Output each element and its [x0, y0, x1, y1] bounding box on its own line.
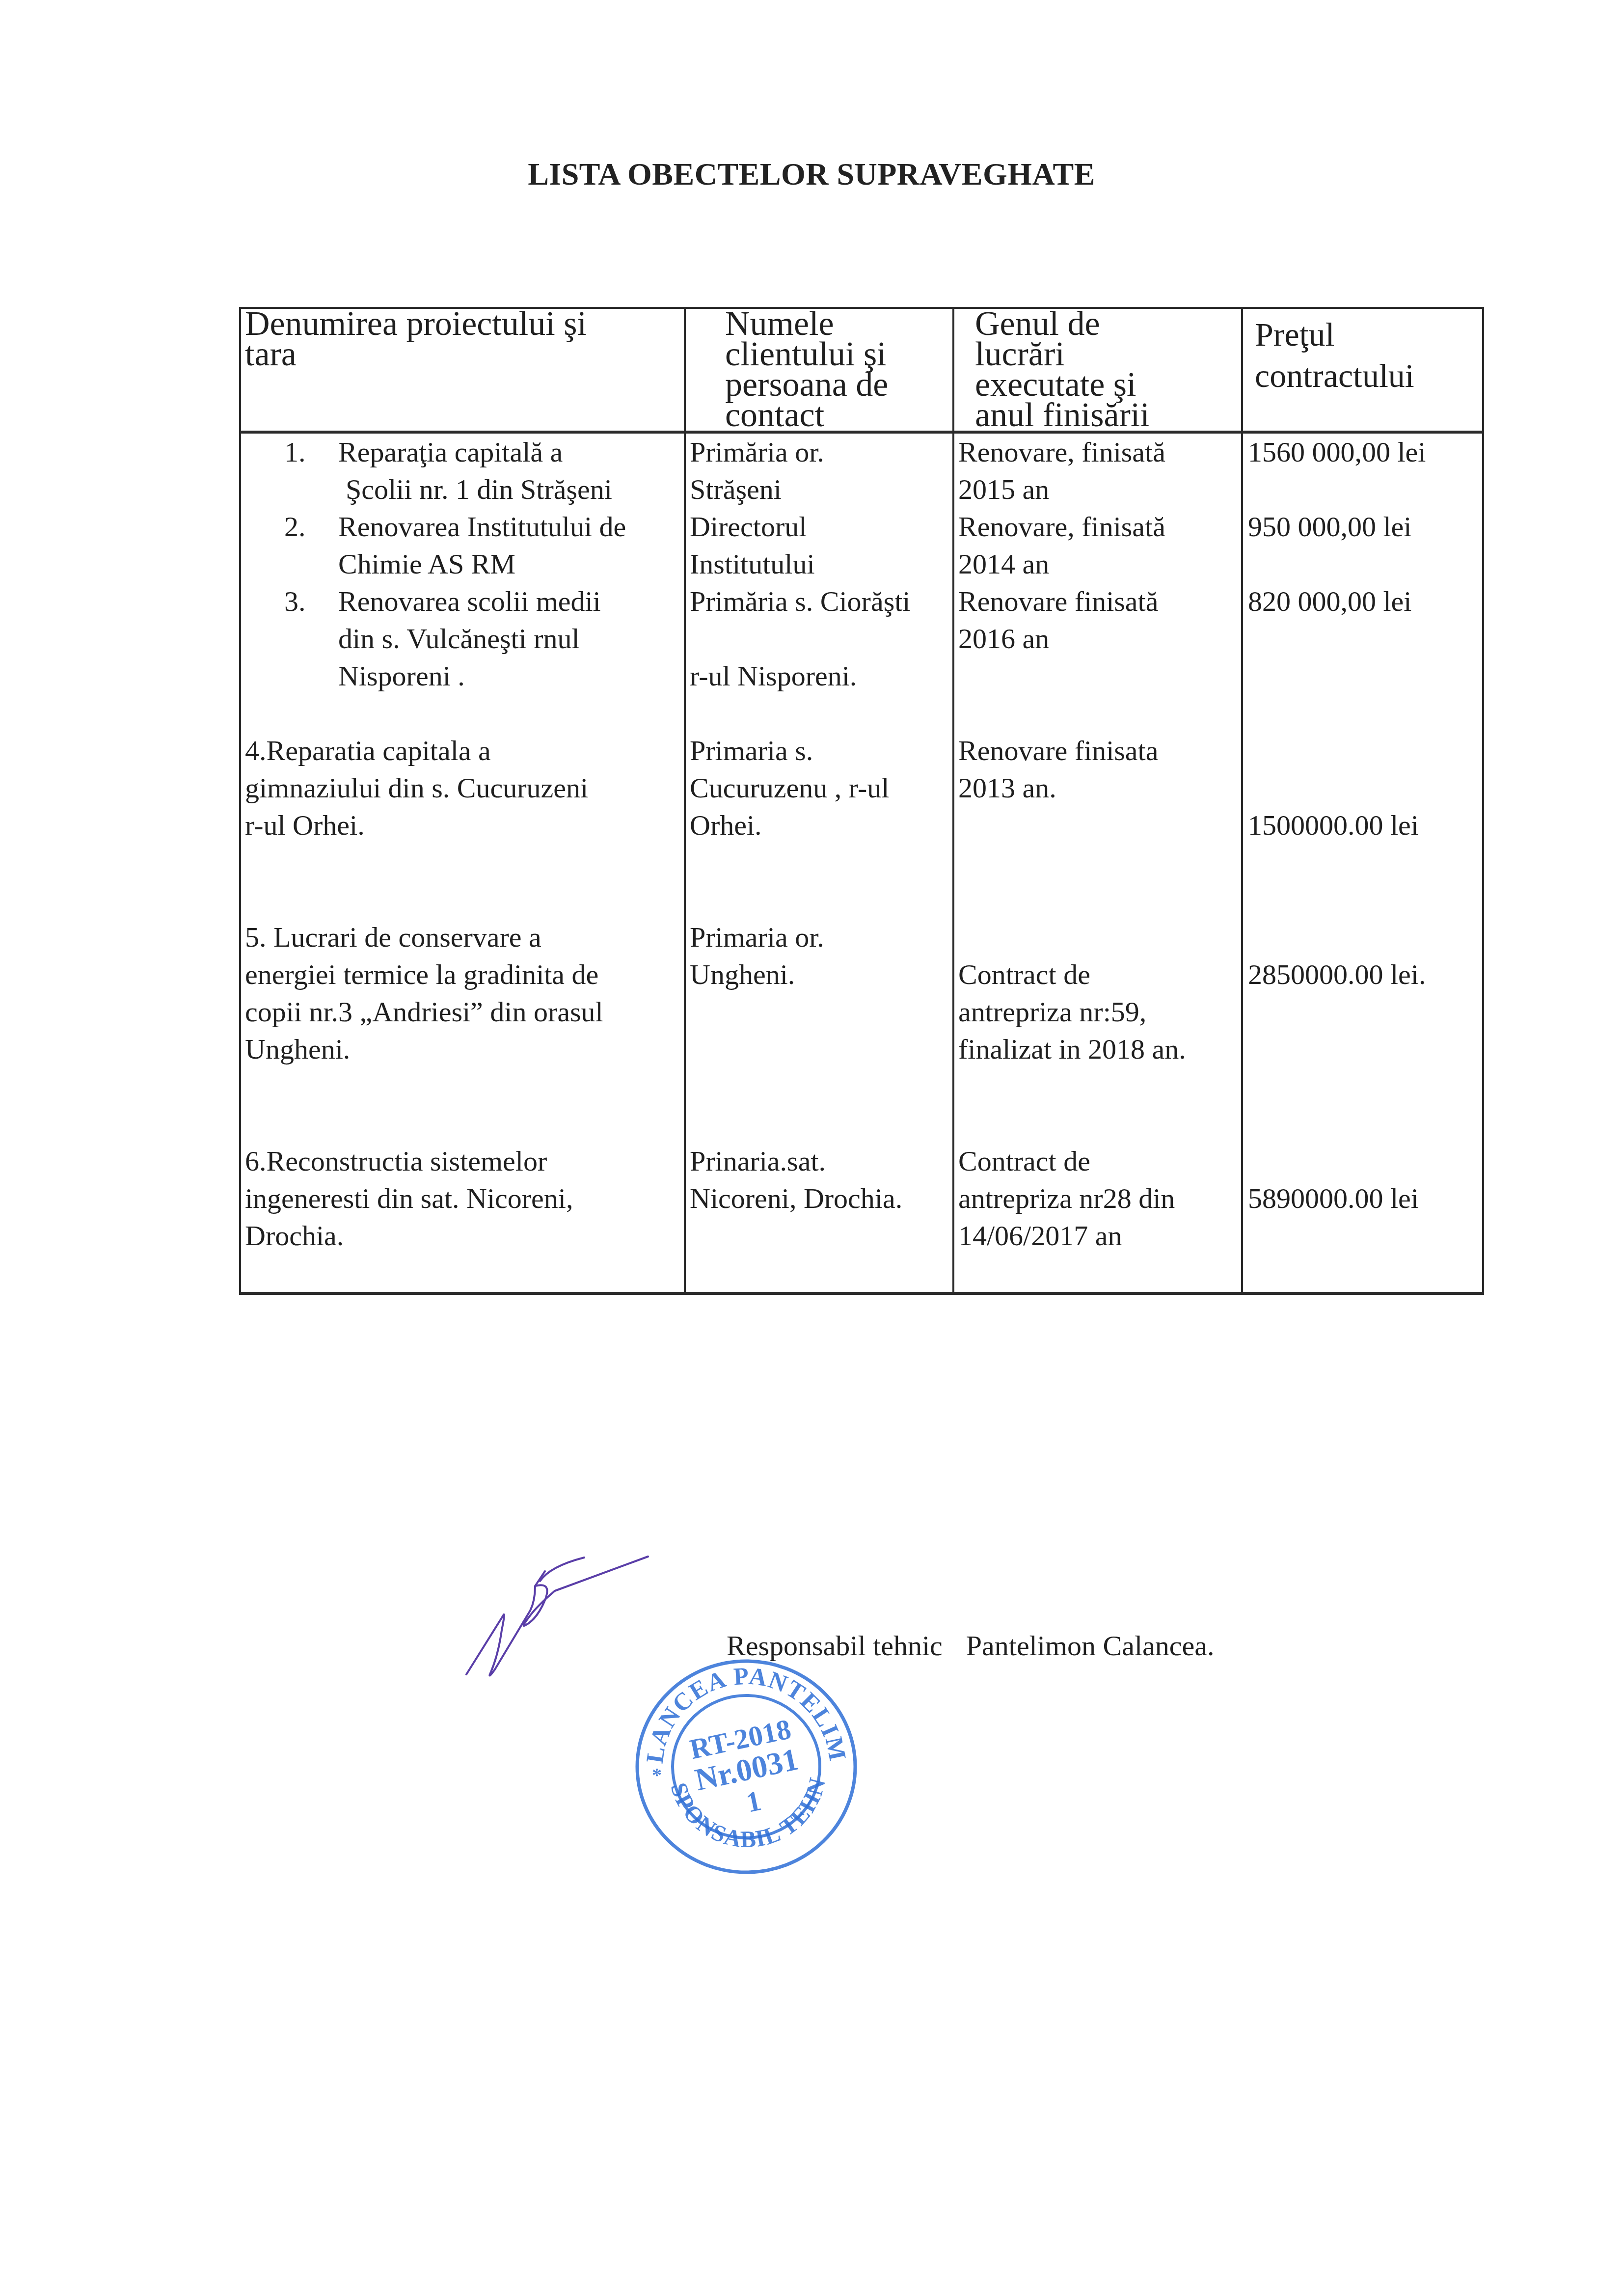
project-line: ingeneresti din sat. Nicoreni, [245, 1180, 680, 1217]
client-line: r-ul Nisporeni. [690, 657, 948, 695]
work-line: antrepriza nr28 din [958, 1180, 1237, 1217]
project-line: Drochia. [245, 1217, 680, 1255]
client-line: Străşeni [690, 471, 948, 508]
work-line: 2013 an. [958, 769, 1237, 807]
client-line: Cucuruzenu , r-ul [690, 769, 948, 807]
client-line: Prinaria.sat. [690, 1143, 948, 1180]
header-line: contact [725, 400, 948, 431]
price-value: 950 000,00 lei [1248, 508, 1478, 546]
client-line: Primaria or. [690, 919, 948, 956]
client-cell: Directorul Institutului [685, 508, 953, 583]
project-line: 4.Reparatia capitala a [245, 732, 680, 769]
client-line: Directorul [690, 508, 948, 546]
price-cell: 950 000,00 lei [1242, 508, 1483, 583]
project-line: gimnaziului din s. Cucuruzeni [245, 769, 680, 807]
work-cell: Renovare, finisată 2014 an [953, 508, 1242, 583]
client-line: Institutului [690, 546, 948, 583]
header-line: clientului şi [725, 339, 948, 370]
spacer [690, 620, 948, 657]
client-cell: Prinaria.sat. Nicoreni, Drochia. [685, 1105, 953, 1293]
project-line: Ungheni. [245, 1031, 680, 1068]
table-row: 4.Reparatia capitala a gimnaziului din s… [240, 695, 1483, 881]
project-cell: 5. Lucrari de conservare a energiei term… [240, 881, 685, 1105]
spacer [1248, 1143, 1478, 1180]
work-line: Renovare finisată [958, 583, 1237, 620]
project-line: Reparaţia capitală a [338, 436, 563, 468]
table-row: 6.Reconstructia sistemelor ingeneresti d… [240, 1105, 1483, 1293]
header-line: executate şi [975, 370, 1237, 400]
official-stamp-icon: CALANCEA PANTELIMON RESPONSABIL TEHNIC R… [628, 1650, 864, 1881]
signer-name: Pantelimon Calancea. [966, 1630, 1215, 1662]
spacer [245, 695, 680, 732]
work-cell: Renovare, finisată 2015 an [953, 432, 1242, 508]
work-cell: Contract de antrepriza nr28 din 14/06/20… [953, 1105, 1242, 1293]
project-line: Chimie AS RM [245, 546, 680, 583]
client-line: Orhei. [690, 807, 948, 844]
project-line: 5. Lucrari de conservare a [245, 919, 680, 956]
client-line: Primăria s. Ciorăşti [690, 583, 948, 620]
price-cell: 820 000,00 lei [1242, 583, 1483, 695]
project-line: Şcolii nr. 1 din Străşeni [245, 471, 680, 508]
header-contract-price: Preţul contractului [1242, 308, 1483, 432]
work-line: 2016 an [958, 620, 1237, 657]
project-entry: 2.Renovarea Institutului de [245, 508, 680, 546]
project-line: r-ul Orhei. [245, 807, 680, 844]
spacer [1248, 919, 1478, 956]
header-line: Numele [725, 309, 948, 339]
spacer [1248, 1105, 1478, 1143]
table-row: 2.Renovarea Institutului de Chimie AS RM… [240, 508, 1483, 583]
project-cell: 1.Reparaţia capitală a Şcolii nr. 1 din … [240, 432, 685, 508]
table-row: 1.Reparaţia capitală a Şcolii nr. 1 din … [240, 432, 1483, 508]
project-line: 6.Reconstructia sistemelor [245, 1143, 680, 1180]
header-client: Numele clientului şi persoana de contact [685, 308, 953, 432]
price-cell: 1500000.00 lei [1242, 695, 1483, 881]
price-value: 1560 000,00 lei [1248, 434, 1478, 471]
client-cell: Primăria or. Străşeni [685, 432, 953, 508]
handwritten-signature-icon [457, 1552, 653, 1719]
header-line: lucrări [975, 339, 1237, 370]
spacer [245, 881, 680, 919]
spacer [1248, 881, 1478, 919]
spacer [1248, 695, 1478, 732]
price-value: 5890000.00 lei [1248, 1180, 1478, 1217]
price-value: 2850000.00 lei. [1248, 956, 1478, 993]
spacer [958, 1105, 1237, 1143]
work-cell: Renovare finisata 2013 an. [953, 695, 1242, 881]
row-number: 1. [284, 434, 338, 471]
client-cell: Primaria or. Ungheni. [685, 881, 953, 1105]
header-line: Preţul [1255, 314, 1478, 355]
work-line: 2014 an [958, 546, 1237, 583]
row-number: 3. [284, 583, 338, 620]
project-cell: 4.Reparatia capitala a gimnaziului din s… [240, 695, 685, 881]
client-line: Primaria s. [690, 732, 948, 769]
work-line: antrepriza nr:59, [958, 993, 1237, 1031]
project-cell: 2.Renovarea Institutului de Chimie AS RM [240, 508, 685, 583]
header-line: Genul de [975, 309, 1237, 339]
project-line: Renovarea scolii medii [338, 585, 601, 617]
header-line: persoana de [725, 370, 948, 400]
project-cell: 6.Reconstructia sistemelor ingeneresti d… [240, 1105, 685, 1293]
price-cell: 2850000.00 lei. [1242, 881, 1483, 1105]
header-line: Denumirea proiectului şi [245, 309, 680, 339]
header-line: contractului [1255, 355, 1478, 396]
spacer [1248, 769, 1478, 807]
spacer [245, 1255, 680, 1292]
work-line: Renovare finisata [958, 732, 1237, 769]
price-value: 1500000.00 lei [1248, 807, 1478, 844]
header-project-name: Denumirea proiectului şi tara [240, 308, 685, 432]
client-line: Nicoreni, Drochia. [690, 1180, 948, 1217]
work-line: finalizat in 2018 an. [958, 1031, 1237, 1068]
work-line: 2015 an [958, 471, 1237, 508]
project-line: copii nr.3 „Andriesi” din orasul [245, 993, 680, 1031]
spacer [690, 1105, 948, 1143]
header-line: tara [245, 339, 680, 370]
work-line: Contract de [958, 956, 1237, 993]
work-line: 14/06/2017 an [958, 1217, 1237, 1255]
signature-line: Responsabil tehnicPantelimon Calancea. [727, 1629, 1214, 1662]
table-row: 3.Renovarea scolii medii din s. Vulcăneş… [240, 583, 1483, 695]
spacer [1248, 732, 1478, 769]
client-cell: Primaria s. Cucuruzenu , r-ul Orhei. [685, 695, 953, 881]
star-icon: * [652, 1764, 662, 1786]
project-cell: 3.Renovarea scolii medii din s. Vulcăneş… [240, 583, 685, 695]
project-line: Nisporeni . [245, 657, 680, 695]
work-cell: Contract de antrepriza nr:59, finalizat … [953, 881, 1242, 1105]
project-entry: 1.Reparaţia capitală a [245, 434, 680, 471]
work-line: Renovare, finisată [958, 434, 1237, 471]
header-work-type: Genul de lucrări executate şi anul finis… [953, 308, 1242, 432]
spacer [690, 881, 948, 919]
project-entry: 3.Renovarea scolii medii [245, 583, 680, 620]
spacer [958, 919, 1237, 956]
spacer [245, 844, 680, 881]
spacer [958, 881, 1237, 919]
price-cell: 5890000.00 lei [1242, 1105, 1483, 1293]
spacer [690, 695, 948, 732]
spacer [245, 1068, 680, 1105]
header-line: anul finisării [975, 400, 1237, 431]
work-line: Contract de [958, 1143, 1237, 1180]
row-number: 2. [284, 508, 338, 546]
client-cell: Primăria s. Ciorăşti r-ul Nisporeni. [685, 583, 953, 695]
table-header-row: Denumirea proiectului şi tara Numele cli… [240, 308, 1483, 432]
stamp-center-line: 1 [743, 1784, 764, 1819]
work-cell: Renovare finisată 2016 an [953, 583, 1242, 695]
project-line: Renovarea Institutului de [338, 511, 626, 543]
project-line: energiei termice la gradinita de [245, 956, 680, 993]
client-line: Ungheni. [690, 956, 948, 993]
table-row: 5. Lucrari de conservare a energiei term… [240, 881, 1483, 1105]
client-line: Primăria or. [690, 434, 948, 471]
spacer [958, 695, 1237, 732]
supervised-objects-table: Denumirea proiectului şi tara Numele cli… [239, 307, 1484, 1295]
project-line: din s. Vulcăneşti rnul [245, 620, 680, 657]
spacer [245, 1105, 680, 1143]
signer-role: Responsabil tehnic [727, 1630, 943, 1662]
work-line: Renovare, finisată [958, 508, 1237, 546]
price-cell: 1560 000,00 lei [1242, 432, 1483, 508]
price-value: 820 000,00 lei [1248, 583, 1478, 620]
document-title: LISTA OBECTELOR SUPRAVEGHATE [0, 156, 1623, 192]
